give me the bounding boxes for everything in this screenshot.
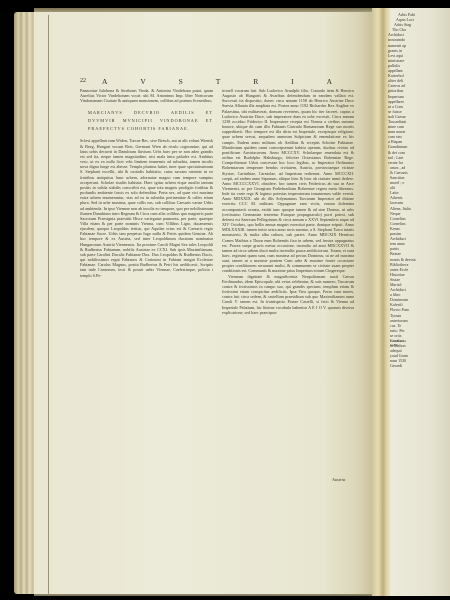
running-head-letter: A [327,77,332,86]
right-page-line: Gerardi [390,363,438,368]
left-text-column: Pannoniae Iulobona & Strabonis Vinda, & … [80,88,213,278]
catchword: Austria [332,477,345,482]
running-head-letter: V [140,77,145,86]
page-edge-rule [48,15,49,595]
body-paragraph: tronell vocatum fuit. Sub Ludovico Arnul… [222,88,354,274]
page-header: 22 A V S T R I A [80,78,350,88]
body-paragraph: Viennam dignitate & magnificentia Neapol… [222,274,354,315]
opening-paragraph: Pannoniae Iulobona & Strabonis Vinda, & … [80,88,213,103]
running-head-letter: A [102,77,107,86]
inscription-heading: MARCIANVS DECVRIO AEDILIS ET DVVMVIR MVN… [88,109,213,133]
running-head-letter: I [291,77,294,86]
right-page-text-fragment: Arbis FabiAquis LociArbis StagTho ChaArc… [388,12,438,369]
running-head: A V S T R I A [102,77,332,86]
right-text-column: tronell vocatum fuit. Sub Ludovico Arnul… [222,88,354,315]
running-head-letter: T [216,77,221,86]
running-head-letter: R [253,77,258,86]
margin-note: Fons & arena stagni. [390,340,408,347]
page-fore-edge [14,12,36,594]
running-head-letter: S [179,77,183,86]
page-number: 22 [80,78,86,84]
body-paragraph: Sclavi appellant eam Widen, Turcae Bec, … [80,138,213,277]
